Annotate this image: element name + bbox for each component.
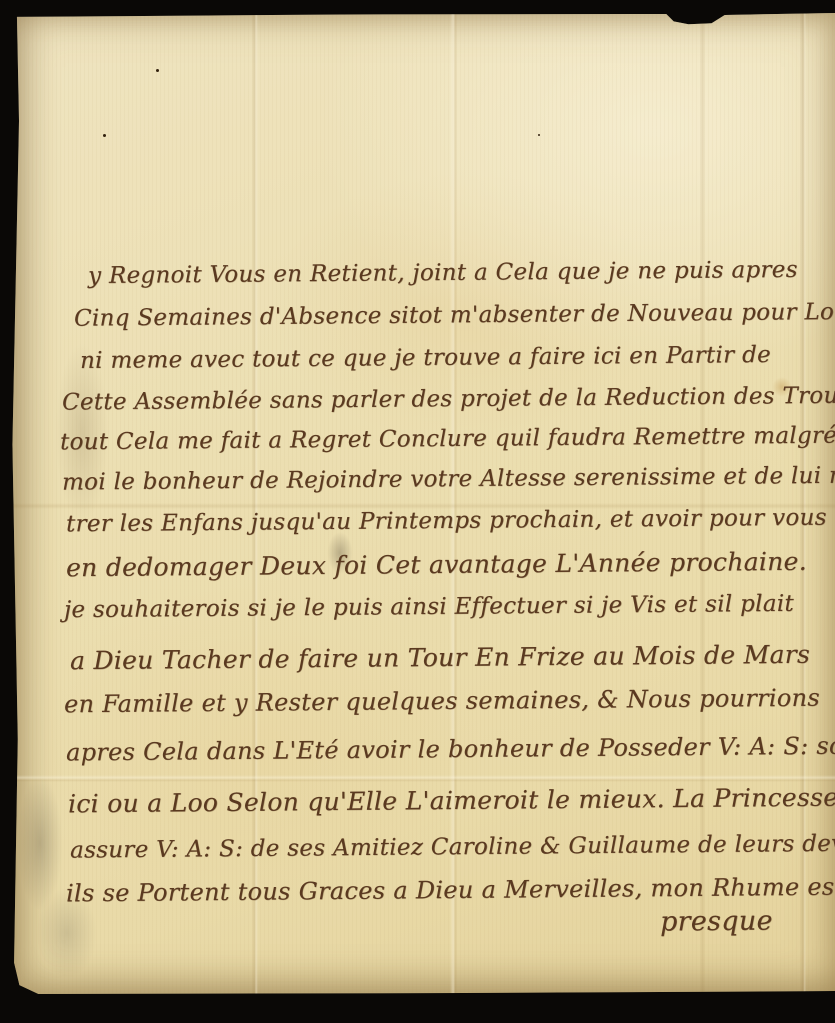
manuscript-line-7: trer les Enfans jusqu'au Printemps proch… [66,505,827,538]
letter-text-block: y Regnoit Vous en Retient, joint a Cela … [12,13,835,994]
manuscript-line-9: je souhaiterois si je le puis ainsi Effe… [64,591,794,623]
manuscript-catchword: presque [660,906,773,938]
letter-paper: y Regnoit Vous en Retient, joint a Cela … [12,13,835,994]
manuscript-line-8: en dedomager Deux foi Cet avantage L'Ann… [66,547,807,582]
manuscript-line-14: assure V: A: S: de ses Amitiez Caroline … [70,830,835,863]
manuscript-line-15: ils se Portent tous Graces a Dieu a Merv… [66,873,835,908]
manuscript-line-11: en Famille et y Rester quelques semaines… [64,684,820,719]
manuscript-line-6: moi le bonheur de Rejoindre votre Altess… [62,462,835,495]
manuscript-line-5: tout Cela me fait a Regret Conclure quil… [60,423,835,456]
manuscript-line-3: ni meme avec tout ce que je trouve a fai… [80,342,771,374]
manuscript-line-12: apres Cela dans L'Eté avoir le bonheur d… [66,732,835,767]
manuscript-line-4: Cette Assemblée sans parler des projet d… [62,382,835,415]
manuscript-line-2: Cinq Semaines d'Absence sitot m'absenter… [74,298,835,331]
manuscript-line-1: y Regnoit Vous en Retient, joint a Cela … [88,257,798,289]
manuscript-line-13: ici ou a Loo Selon qu'Elle L'aimeroit le… [68,783,835,819]
manuscript-line-10: a Dieu Tacher de faire un Tour En Frize … [70,640,810,675]
